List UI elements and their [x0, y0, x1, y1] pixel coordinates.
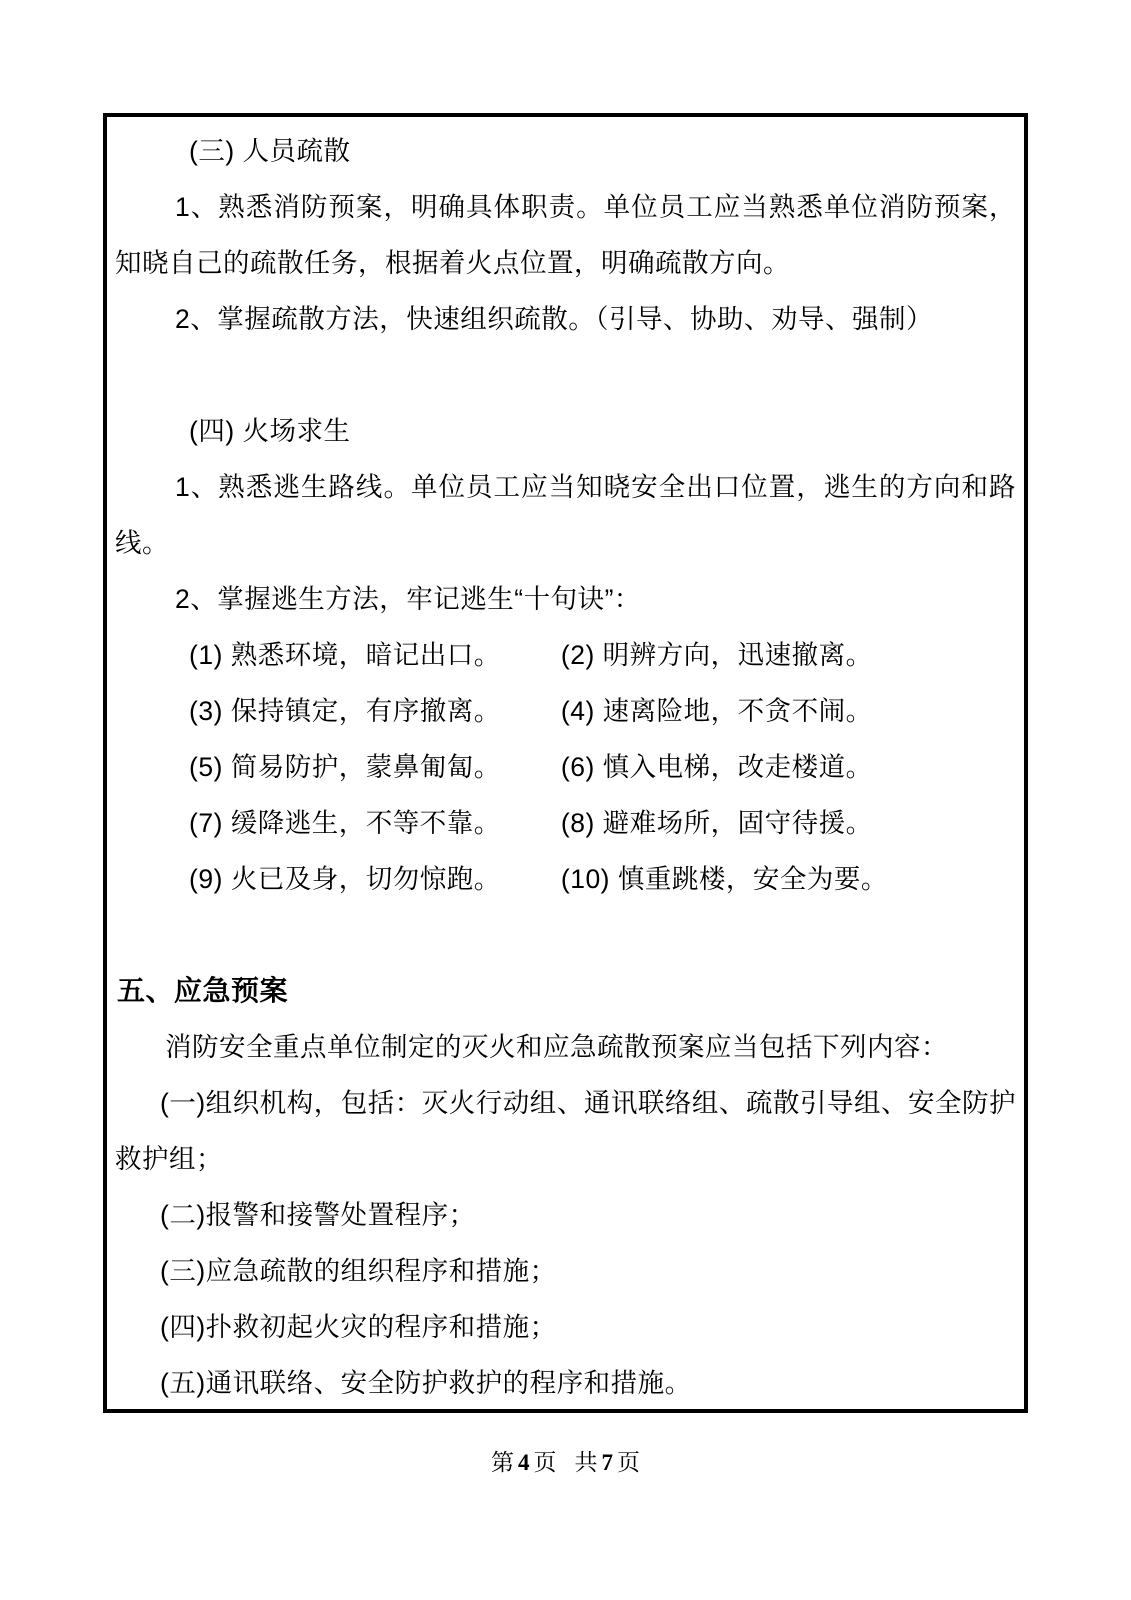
- escape-tip-7: (7) 缓降逃生，不等不靠。: [189, 795, 553, 851]
- section5-item-4: (四)扑救初起火灾的程序和措施；: [115, 1299, 1016, 1355]
- footer-total-prefix: 共: [575, 1450, 598, 1475]
- escape-tips-row-1: (1) 熟悉环境，暗记出口。 (2) 明辨方向，迅速撤离。: [115, 627, 1016, 683]
- escape-tips-row-4: (7) 缓降逃生，不等不靠。 (8) 避难场所，固守待援。: [115, 795, 1016, 851]
- section5-item-3: (三)应急疏散的组织程序和措施；: [115, 1243, 1016, 1299]
- section4-item-1: 1、熟悉逃生路线。单位员工应当知晓安全出口位置，逃生的方向和路线。: [115, 459, 1016, 571]
- escape-tip-4: (4) 速离险地，不贪不闹。: [561, 683, 873, 739]
- section4-heading: (四) 火场求生: [115, 403, 1016, 459]
- escape-tip-1: (1) 熟悉环境，暗记出口。: [189, 627, 553, 683]
- page-number: 4: [518, 1450, 530, 1475]
- footer-page-suffix: 页: [534, 1450, 557, 1475]
- escape-tip-8: (8) 避难场所，固守待援。: [561, 795, 873, 851]
- escape-tip-5: (5) 简易防护，蒙鼻匍匐。: [189, 739, 553, 795]
- escape-tips-row-2: (3) 保持镇定，有序撤离。 (4) 速离险地，不贪不闹。: [115, 683, 1016, 739]
- content-border-box: (三) 人员疏散 1、熟悉消防预案，明确具体职责。单位员工应当熟悉单位消防预案，…: [103, 113, 1028, 1413]
- section3-heading: (三) 人员疏散: [115, 123, 1016, 179]
- section5-item-1: (一)组织机构，包括：灭火行动组、通讯联络组、疏散引导组、安全防护救护组；: [115, 1075, 1016, 1187]
- section3-item-2: 2、掌握疏散方法，快速组织疏散。（引导、协助、劝导、强制）: [115, 291, 1016, 347]
- section5-intro: 消防安全重点单位制定的灭火和应急疏散预案应当包括下列内容：: [115, 1019, 1016, 1075]
- section5-item-2: (二)报警和接警处置程序；: [115, 1187, 1016, 1243]
- document-page: { "doc": { "section3": { "heading": "(三)…: [0, 0, 1131, 1600]
- escape-tips-row-5: (9) 火已及身，切勿惊跑。 (10) 慎重跳楼，安全为要。: [115, 851, 1016, 907]
- section5-heading: 五、应急预案: [115, 963, 1016, 1019]
- escape-tip-6: (6) 慎入电梯，改走楼道。: [561, 739, 873, 795]
- footer-total-suffix: 页: [617, 1450, 640, 1475]
- page-footer: 第4页共7页: [0, 1443, 1131, 1483]
- escape-tip-10: (10) 慎重跳楼，安全为要。: [561, 851, 888, 907]
- escape-tip-9: (9) 火已及身，切勿惊跑。: [189, 851, 553, 907]
- blank-line: [115, 907, 1016, 963]
- section3-item-1: 1、熟悉消防预案，明确具体职责。单位员工应当熟悉单位消防预案，知晓自己的疏散任务…: [115, 179, 1016, 291]
- section4-item-2: 2、掌握逃生方法，牢记逃生“十句诀”：: [115, 571, 1016, 627]
- escape-tip-3: (3) 保持镇定，有序撤离。: [189, 683, 553, 739]
- blank-line: [115, 347, 1016, 403]
- section5-item-5: (五)通讯联络、安全防护救护的程序和措施。: [115, 1355, 1016, 1411]
- escape-tips-row-3: (5) 简易防护，蒙鼻匍匐。 (6) 慎入电梯，改走楼道。: [115, 739, 1016, 795]
- escape-tip-2: (2) 明辨方向，迅速撤离。: [561, 627, 873, 683]
- footer-page-prefix: 第: [491, 1450, 514, 1475]
- total-pages: 7: [602, 1450, 614, 1475]
